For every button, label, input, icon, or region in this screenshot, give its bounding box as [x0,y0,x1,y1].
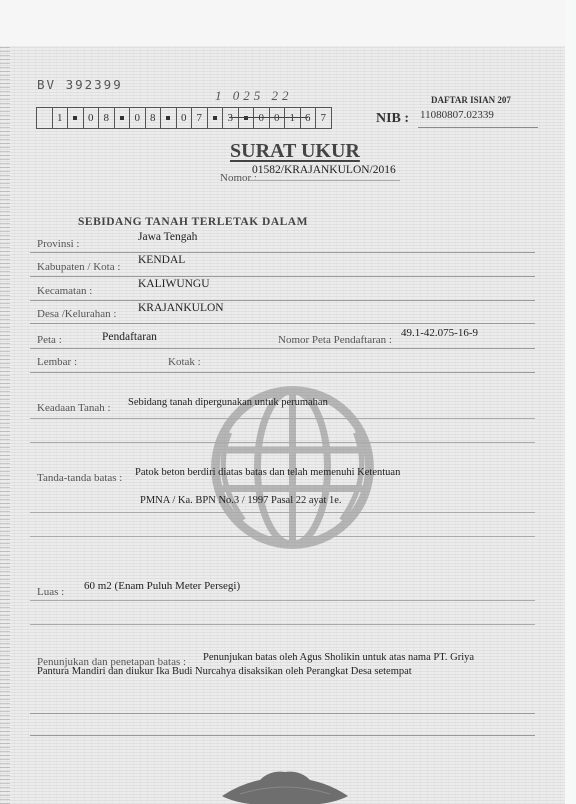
scan-left-edge [0,46,10,804]
number-box: 0 [84,108,100,128]
nib-underline [418,127,538,128]
divider [30,276,535,277]
keadaan-value: Sebidang tanah dipergunakan untuk peruma… [128,397,328,408]
number-box: 0 [177,108,193,128]
divider [30,348,535,349]
divider [30,372,535,373]
parcel-number-boxes: 1080807300167 [36,107,332,129]
tanda-label: Tanda-tanda batas : [37,472,122,484]
number-box: 8 [146,108,162,128]
kabupaten-value: KENDAL [138,254,185,266]
number-box: 8 [99,108,115,128]
number-box: 7 [316,108,331,128]
tanda-value-line1: Patok beton berdiri diatas batas dan tel… [135,467,400,478]
page-top-margin [0,0,565,46]
provinsi-value: Jawa Tengah [138,231,197,243]
penunjukan-value-line2: Pantura Mandiri dan diukur Ika Budi Nurc… [37,666,412,677]
divider [30,735,535,736]
number-box: 1 [53,108,69,128]
number-box [37,108,53,128]
kabupaten-label: Kabupaten / Kota : [37,261,120,273]
number-box: 0 [130,108,146,128]
number-box: 0 [254,108,270,128]
luas-label: Luas : [37,586,64,598]
number-box [161,108,177,128]
divider [30,512,535,513]
nomor-peta-value: 49.1-42.075-16-9 [401,327,478,339]
tanda-value-line2: PMNA / Ka. BPN No.3 / 1997 Pasal 22 ayat… [140,495,342,506]
divider [30,536,535,537]
luas-value: 60 m2 (Enam Puluh Meter Persegi) [84,580,240,592]
kecamatan-label: Kecamatan : [37,285,92,297]
form-code: DAFTAR ISIAN 207 [431,95,511,105]
divider [30,442,535,443]
nomor-value: 01582/KRAJANKULON/2016 [252,164,396,176]
strikethrough-line [229,117,308,118]
scan-right-edge [565,0,576,804]
number-box [208,108,224,128]
number-box: 1 [285,108,301,128]
number-box [115,108,131,128]
section-heading: SEBIDANG TANAH TERLETAK DALAM [78,216,308,228]
serial-number: BV 392399 [37,77,123,92]
number-box: 7 [192,108,208,128]
nomor-peta-label: Nomor Peta Pendaftaran : [278,334,392,346]
number-box [68,108,84,128]
number-box: 0 [270,108,286,128]
ornamental-seal-icon [220,766,350,804]
number-box: 6 [301,108,317,128]
number-box: 3 [223,108,239,128]
number-box [239,108,255,128]
page-title: SURAT UKUR [230,140,360,163]
lembar-label: Lembar : [37,356,77,368]
divider [30,600,535,601]
kotak-label: Kotak : [168,356,201,368]
peta-value: Pendaftaran [102,331,157,343]
nib-label: NIB : [376,111,409,127]
peta-label: Peta : [37,334,62,346]
handwritten-number: 1 025 22 [215,88,293,104]
keadaan-label: Keadaan Tanah : [37,402,111,414]
divider [30,300,535,301]
divider [30,624,535,625]
divider [30,713,535,714]
penunjukan-value-line1: Penunjukan batas oleh Agus Sholikin untu… [203,652,474,663]
kecamatan-value: KALIWUNGU [138,278,210,290]
desa-label: Desa /Kelurahan : [37,308,116,320]
divider [30,418,535,419]
divider [30,252,535,253]
divider [30,323,535,324]
nib-value: 11080807.02339 [420,109,494,121]
provinsi-label: Provinsi : [37,238,79,250]
desa-value: KRAJANKULON [138,302,224,314]
nomor-underline [250,180,400,181]
